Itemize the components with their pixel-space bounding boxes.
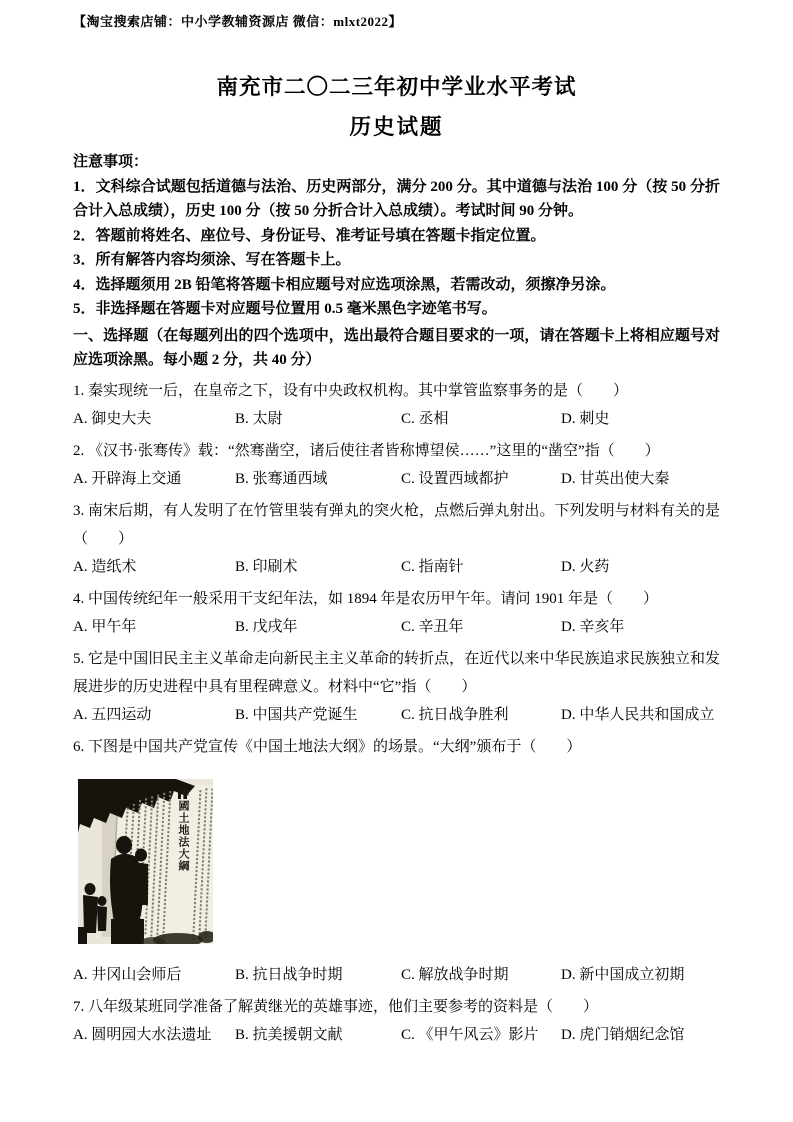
land-law-poster-photo [78,779,213,944]
notice-item-5: 5．非选择题在答题卡对应题号位置用 0.5 毫米黑色字迹笔书写。 [73,297,720,322]
option-b: B. 张骞通西域 [235,465,401,493]
question-3-stem: 3. 南宋后期，有人发明了在竹管里装有弹丸的突火枪，点燃后弹丸射出。下列发明与材… [73,497,720,553]
question-1: 1. 秦实现统一后，在皇帝之下，设有中央政权机构。其中掌管监察事务的是（ ） A… [73,377,720,433]
option-d: D. 新中国成立初期 [561,961,720,989]
question-5-stem: 5. 它是中国旧民主主义革命走向新民主主义革命的转折点，在近代以来中华民族追求民… [73,645,720,701]
question-6-stem: 6. 下图是中国共产党宣传《中国土地法大纲》的场景。“大纲”颁布于（ ） [73,733,720,761]
option-a: A. 井冈山会师后 [73,961,235,989]
option-b: B. 太尉 [235,405,401,433]
question-6-options: A. 井冈山会师后 B. 抗日战争时期 C. 解放战争时期 D. 新中国成立初期 [73,961,720,989]
notice-item-2: 2．答题前将姓名、座位号、身份证号、准考证号填在答题卡指定位置。 [73,224,720,249]
question-4-options: A. 甲午年 B. 戊戌年 C. 辛丑年 D. 辛亥年 [73,613,720,641]
option-c: C. 设置西域都护 [401,465,561,493]
option-d: D. 中华人民共和国成立 [561,701,720,729]
option-a: A. 开辟海上交通 [73,465,235,493]
option-a: A. 甲午年 [73,613,235,641]
option-a: A. 造纸术 [73,553,235,581]
question-7: 7. 八年级某班同学准备了解黄继光的英雄事迹，他们主要参考的资料是（ ） A. … [73,993,720,1049]
option-c: C. 指南针 [401,553,561,581]
option-a: A. 御史大夫 [73,405,235,433]
notice-heading: 注意事项： [73,150,720,175]
question-4-stem: 4. 中国传统纪年一般采用干支纪年法，如 1894 年是农历甲午年。请问 190… [73,585,720,613]
question-7-stem: 7. 八年级某班同学准备了解黄继光的英雄事迹，他们主要参考的资料是（ ） [73,993,720,1021]
question-1-stem: 1. 秦实现统一后，在皇帝之下，设有中央政权机构。其中掌管监察事务的是（ ） [73,377,720,405]
option-a: A. 五四运动 [73,701,235,729]
option-d: D. 甘英出使大秦 [561,465,720,493]
section-one-heading: 一、选择题（在每题列出的四个选项中，选出最符合题目要求的一项，请在答题卡上将相应… [73,324,720,373]
option-b: B. 戊戌年 [235,613,401,641]
option-b: B. 中国共产党诞生 [235,701,401,729]
question-1-options: A. 御史大夫 B. 太尉 C. 丞相 D. 刺史 [73,405,720,433]
question-3-options: A. 造纸术 B. 印刷术 C. 指南针 D. 火药 [73,553,720,581]
option-d: D. 虎门销烟纪念馆 [561,1021,720,1049]
store-watermark: 【淘宝搜索店铺：中小学教辅资源店 微信：mlxt2022】 [73,14,720,29]
option-b: B. 抗美援朝文献 [235,1021,401,1049]
question-2-stem: 2. 《汉书·张骞传》载：“然骞凿空，诸后使往者皆称博望侯……”这里的“凿空”指… [73,437,720,465]
option-d: D. 辛亥年 [561,613,720,641]
option-b: B. 抗日战争时期 [235,961,401,989]
option-d: D. 刺史 [561,405,720,433]
option-c: C. 抗日战争胜利 [401,701,561,729]
question-5: 5. 它是中国旧民主主义革命走向新民主主义革命的转折点，在近代以来中华民族追求民… [73,645,720,729]
notice-item-1: 1．文科综合试题包括道德与法治、历史两部分，满分 200 分。其中道德与法治 1… [73,175,720,224]
question-6: 6. 下图是中国共产党宣传《中国土地法大纲》的场景。“大纲”颁布于（ ） [73,733,720,989]
option-a: A. 圆明园大水法遗址 [73,1021,235,1049]
notice-item-4: 4．选择题须用 2B 铅笔将答题卡相应题号对应选项涂黑，若需改动，须擦净另涂。 [73,273,720,298]
exam-page: 【淘宝搜索店铺：中小学教辅资源店 微信：mlxt2022】 南充市二〇二三年初中… [0,0,793,1122]
option-c: C. 《甲午风云》影片 [401,1021,561,1049]
option-c: C. 辛丑年 [401,613,561,641]
poster-title-vertical-text: 中國土地法大綱 [174,788,191,888]
question-5-options: A. 五四运动 B. 中国共产党诞生 C. 抗日战争胜利 D. 中华人民共和国成… [73,701,720,729]
question-3: 3. 南宋后期，有人发明了在竹管里装有弹丸的突火枪，点燃后弹丸射出。下列发明与材… [73,497,720,581]
question-7-options: A. 圆明园大水法遗址 B. 抗美援朝文献 C. 《甲午风云》影片 D. 虎门销… [73,1021,720,1049]
question-4: 4. 中国传统纪年一般采用干支纪年法，如 1894 年是农历甲午年。请问 190… [73,585,720,641]
notice-block: 注意事项： 1．文科综合试题包括道德与法治、历史两部分，满分 200 分。其中道… [73,150,720,322]
question-2: 2. 《汉书·张骞传》载：“然骞凿空，诸后使往者皆称博望侯……”这里的“凿空”指… [73,437,720,493]
notice-item-3: 3．所有解答内容均须涂、写在答题卡上。 [73,248,720,273]
exam-title: 南充市二〇二三年初中学业水平考试 [73,73,720,101]
option-c: C. 解放战争时期 [401,961,561,989]
option-b: B. 印刷术 [235,553,401,581]
option-c: C. 丞相 [401,405,561,433]
question-2-options: A. 开辟海上交通 B. 张骞通西域 C. 设置西域都护 D. 甘英出使大秦 [73,465,720,493]
option-d: D. 火药 [561,553,720,581]
question-6-photo: 中國土地法大綱 [78,779,213,944]
exam-subtitle: 历史试题 [73,113,720,141]
